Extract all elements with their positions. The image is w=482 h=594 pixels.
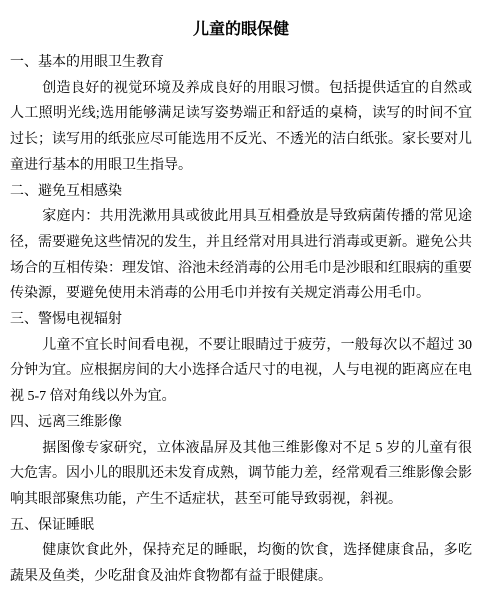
- section-3-paragraph: 儿童不宜长时间看电视，不要让眼睛过于疲劳，一般每次以不超过 30 分钟为宜。应根…: [10, 333, 472, 410]
- section-2-heading: 二、避免互相感染: [10, 179, 472, 205]
- document-page: 儿童的眼保健 一、基本的用眼卫生教育 创造良好的视觉环境及养成良好的用眼习惯。包…: [0, 0, 482, 594]
- section-4-heading: 四、远离三维影像: [10, 410, 472, 436]
- section-4-paragraph: 据图像专家研究，立体液晶屏及其他三维影像对不足 5 岁的儿童有很大危害。因小儿的…: [10, 436, 472, 513]
- section-3-heading: 三、警惕电视辐射: [10, 307, 472, 333]
- page-title: 儿童的眼保健: [10, 18, 472, 42]
- section-1: 一、基本的用眼卫生教育 创造良好的视觉环境及养成良好的用眼习惯。包括提供适宜的自…: [10, 50, 472, 179]
- section-5-heading: 五、保证睡眠: [10, 513, 472, 539]
- section-1-heading: 一、基本的用眼卫生教育: [10, 50, 472, 76]
- section-3: 三、警惕电视辐射 儿童不宜长时间看电视，不要让眼睛过于疲劳，一般每次以不超过 3…: [10, 307, 472, 410]
- section-2-paragraph: 家庭内：共用洗漱用具或彼此用具互相叠放是导致病菌传播的常见途径，需要避免这些情况…: [10, 204, 472, 307]
- section-1-paragraph: 创造良好的视觉环境及养成良好的用眼习惯。包括提供适宜的自然或人工照明光线;选用能…: [10, 76, 472, 179]
- section-2: 二、避免互相感染 家庭内：共用洗漱用具或彼此用具互相叠放是导致病菌传播的常见途径…: [10, 179, 472, 308]
- section-5-paragraph: 健康饮食此外，保持充足的睡眠，均衡的饮食，选择健康食品，多吃蔬果及鱼类，少吃甜食…: [10, 538, 472, 589]
- section-5: 五、保证睡眠 健康饮食此外，保持充足的睡眠，均衡的饮食，选择健康食品，多吃蔬果及…: [10, 513, 472, 590]
- section-4: 四、远离三维影像 据图像专家研究，立体液晶屏及其他三维影像对不足 5 岁的儿童有…: [10, 410, 472, 513]
